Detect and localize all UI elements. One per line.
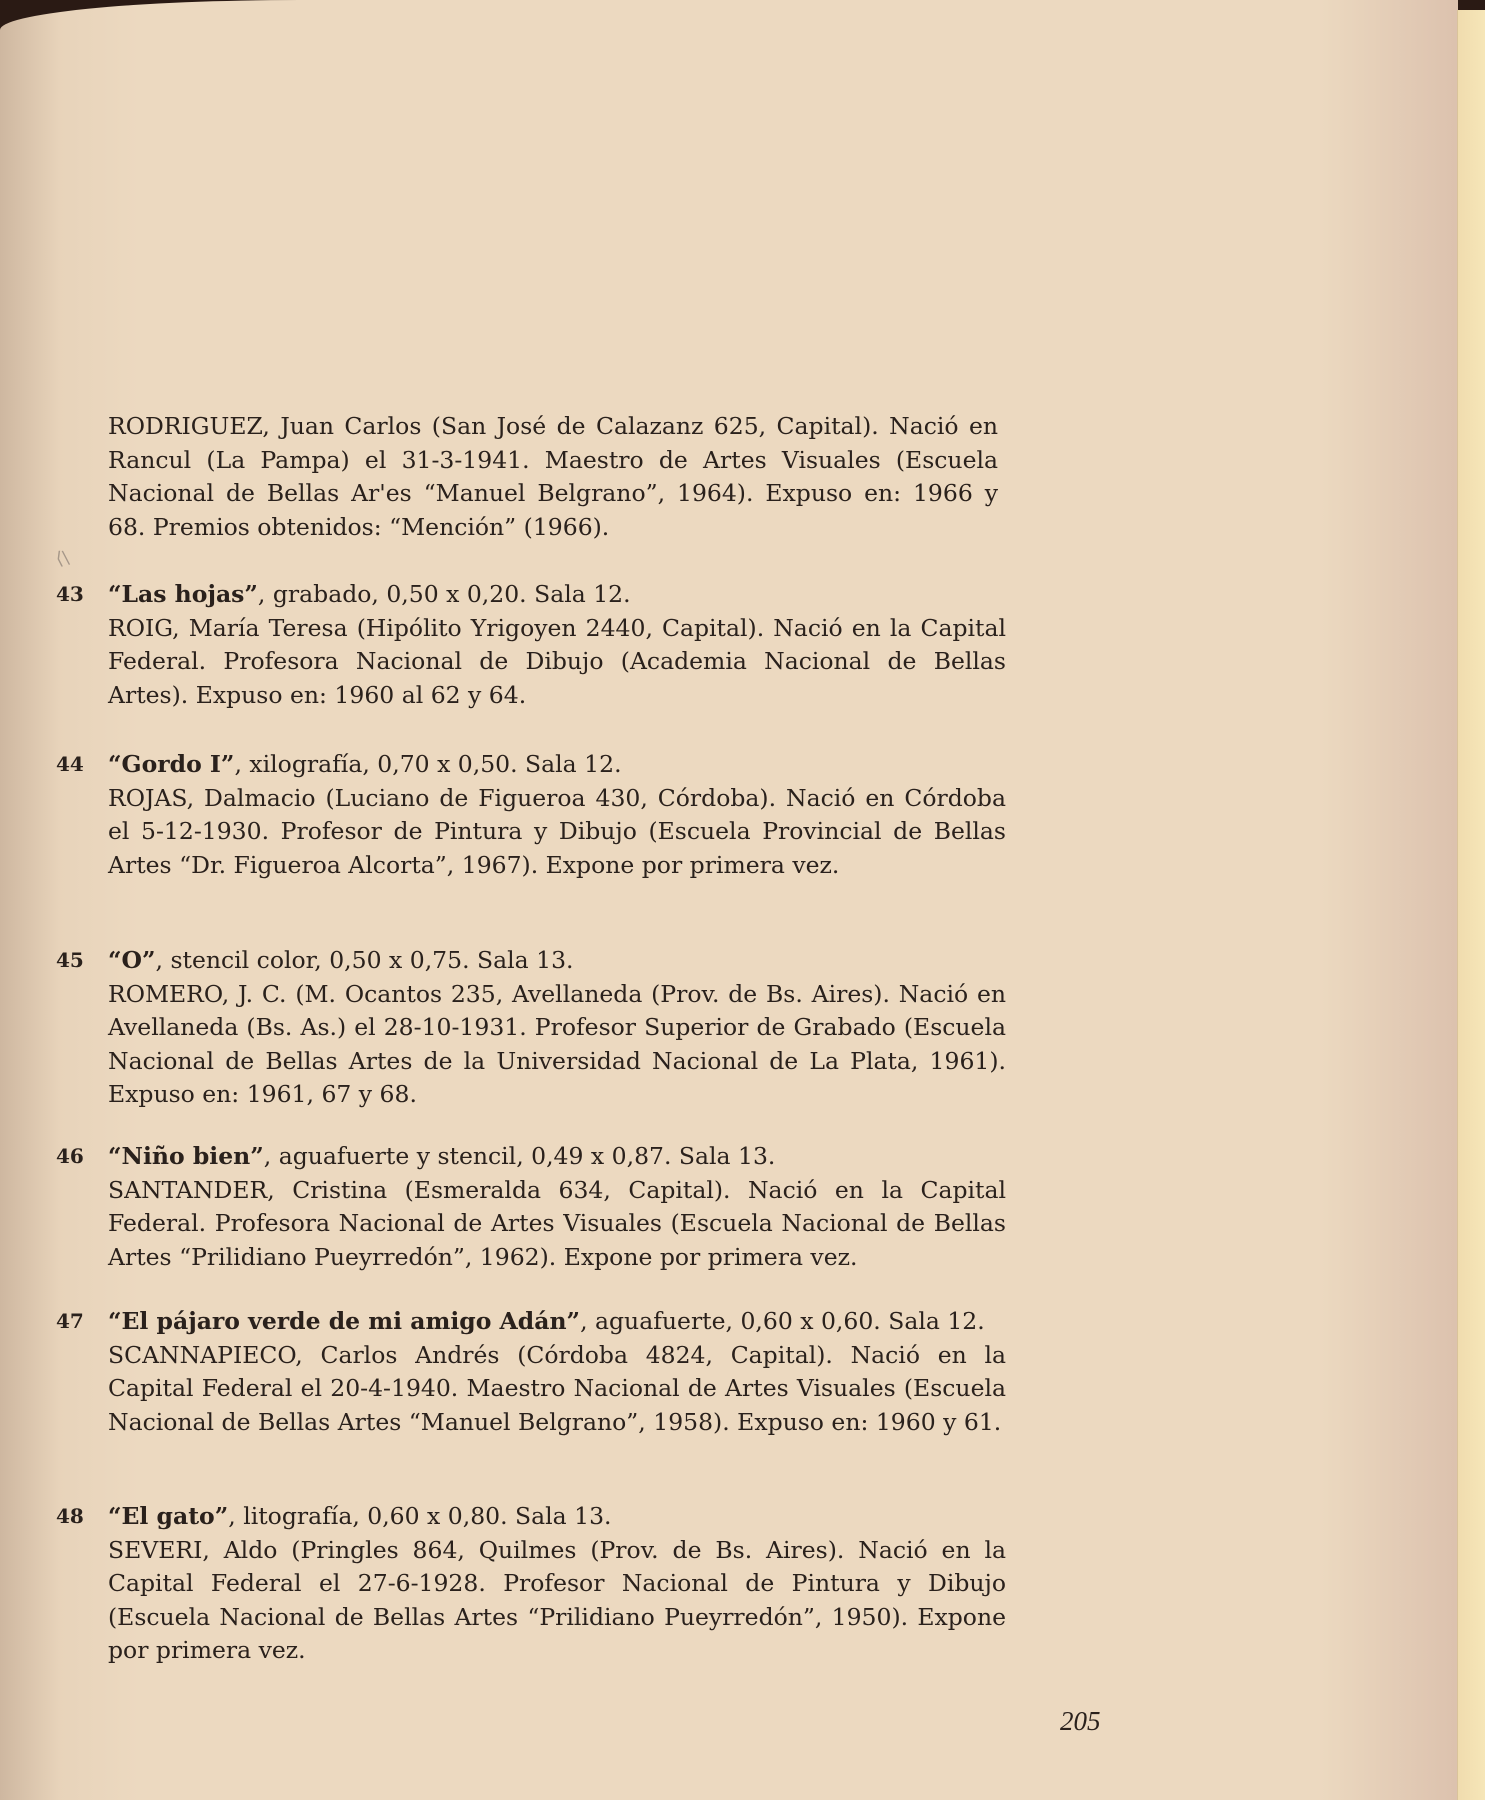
work-line: “El gato”, litografía, 0,60 x 0,80. Sala…	[108, 1500, 1006, 1534]
work-line: “Niño bien”, aguafuerte y stencil, 0,49 …	[108, 1140, 1006, 1174]
artist-bio-rodriguez: RODRIGUEZ, Juan Carlos (San José de Cala…	[108, 410, 998, 544]
work-line: “Gordo I”, xilografía, 0,70 x 0,50. Sala…	[108, 748, 1006, 782]
work-details: , aguafuerte, 0,60 x 0,60. Sala 12.	[580, 1307, 985, 1335]
entry-number: 43	[56, 578, 108, 612]
catalog-entry: 45 “O”, stencil color, 0,50 x 0,75. Sala…	[56, 944, 1006, 1112]
work-title: “Las hojas”	[108, 580, 258, 608]
entry-number: 48	[56, 1500, 108, 1534]
work-title: “El pájaro verde de mi amigo Adán”	[108, 1307, 580, 1335]
book-page: RODRIGUEZ, Juan Carlos (San José de Cala…	[0, 0, 1458, 1800]
entry-number: 46	[56, 1140, 108, 1174]
work-title: “El gato”	[108, 1502, 228, 1530]
next-page-edge	[1457, 10, 1485, 1800]
artist-bio: SCANNAPIECO, Carlos Andrés (Córdoba 4824…	[108, 1339, 1006, 1440]
pencil-mark: ⟨\	[53, 541, 72, 576]
work-title: “O”	[108, 946, 156, 974]
artist-bio: SANTANDER, Cristina (Esmeralda 634, Capi…	[108, 1174, 1006, 1275]
artist-bio: ROJAS, Dalmacio (Luciano de Figueroa 430…	[108, 782, 1006, 883]
catalog-entry: 44 “Gordo I”, xilografía, 0,70 x 0,50. S…	[56, 748, 1006, 882]
background-corner	[1458, 0, 1485, 10]
catalog-entry: 48 “El gato”, litografía, 0,60 x 0,80. S…	[56, 1500, 1006, 1668]
entry-number: 47	[56, 1305, 108, 1339]
work-details: , xilografía, 0,70 x 0,50. Sala 12.	[234, 750, 621, 778]
work-title: “Gordo I”	[108, 750, 234, 778]
catalog-entry: 46 “Niño bien”, aguafuerte y stencil, 0,…	[56, 1140, 1006, 1274]
work-details: , aguafuerte y stencil, 0,49 x 0,87. Sal…	[264, 1142, 776, 1170]
work-details: , stencil color, 0,50 x 0,75. Sala 13.	[156, 946, 574, 974]
work-details: , litografía, 0,60 x 0,80. Sala 13.	[228, 1502, 611, 1530]
work-line: “El pájaro verde de mi amigo Adán”, agua…	[108, 1305, 1006, 1339]
catalog-entry: 47 “El pájaro verde de mi amigo Adán”, a…	[56, 1305, 1006, 1439]
artist-bio: ROMERO, J. C. (M. Ocantos 235, Avellaned…	[108, 978, 1006, 1112]
work-line: “O”, stencil color, 0,50 x 0,75. Sala 13…	[108, 944, 1006, 978]
entry-number: 45	[56, 944, 108, 978]
work-details: , grabado, 0,50 x 0,20. Sala 12.	[258, 580, 631, 608]
page-number: 205	[1060, 1706, 1101, 1737]
work-title: “Niño bien”	[108, 1142, 264, 1170]
artist-bio: SEVERI, Aldo (Pringles 864, Quilmes (Pro…	[108, 1534, 1006, 1668]
artist-bio: ROIG, María Teresa (Hipólito Yrigoyen 24…	[108, 612, 1006, 713]
catalog-entry: 43 “Las hojas”, grabado, 0,50 x 0,20. Sa…	[56, 578, 1006, 712]
work-line: “Las hojas”, grabado, 0,50 x 0,20. Sala …	[108, 578, 1006, 612]
entry-number: 44	[56, 748, 108, 782]
